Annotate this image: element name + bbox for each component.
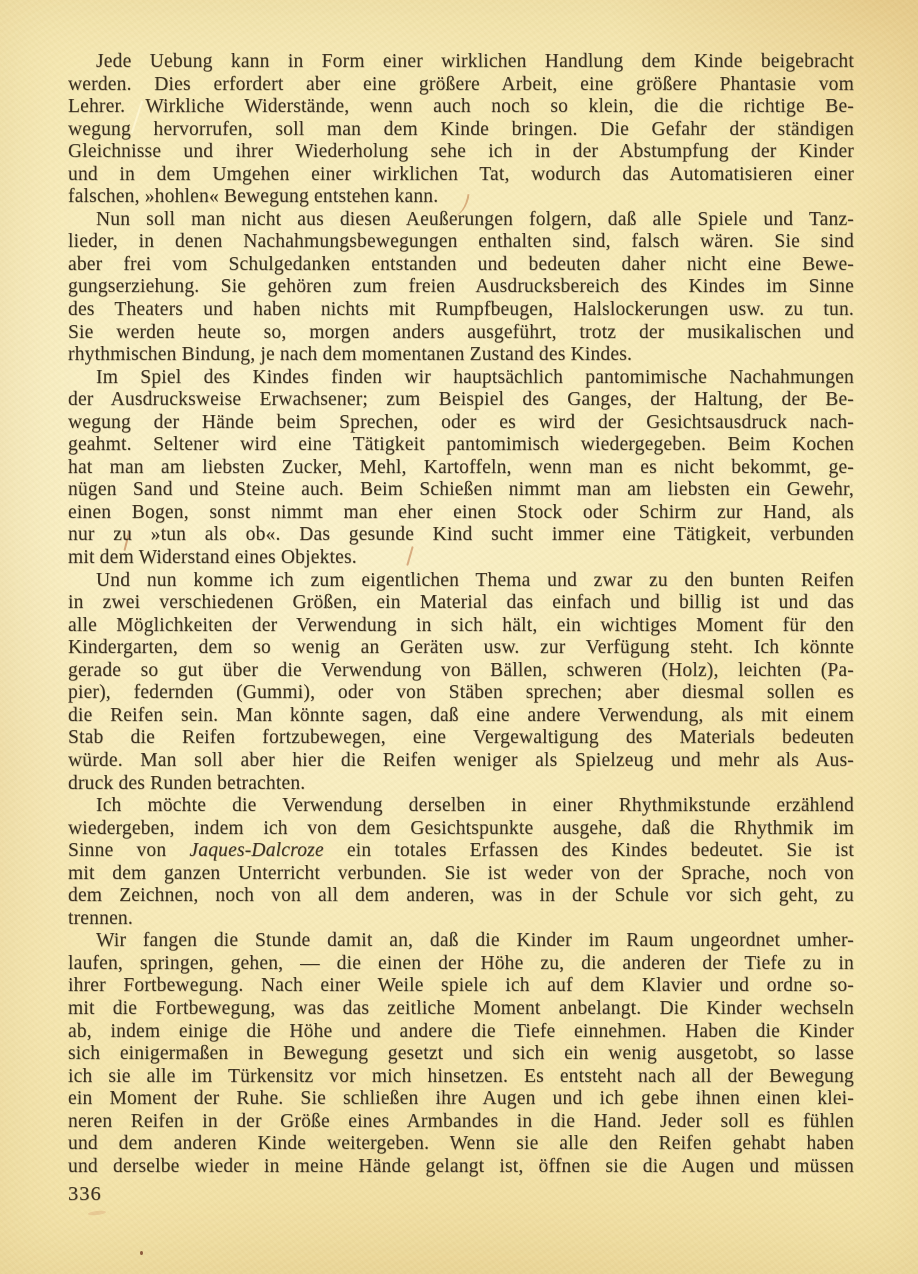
text-line: des Theaters und haben nichts mit Rumpfb… — [68, 299, 854, 322]
text-line: hat man am liebsten Zucker, Mehl, Kartof… — [68, 457, 854, 480]
text-line: Stab die Reifen fortzubewegen, eine Verg… — [68, 727, 854, 750]
scanned-page: Jede Uebung kann in Form einer wirkliche… — [0, 0, 918, 1274]
text-line: Wir fangen die Stunde damit an, daß die … — [68, 930, 854, 953]
text-line: rhythmischen Bindung, je nach dem moment… — [68, 344, 854, 367]
text-line: dem Zeichnen, noch von all dem anderen, … — [68, 885, 854, 908]
text-line: alle Möglichkeiten der Verwendung in sic… — [68, 615, 854, 638]
text-line: ich sie alle im Türkensitz vor mich hins… — [68, 1066, 854, 1089]
paragraph: Wir fangen die Stunde damit an, daß die … — [68, 930, 854, 1178]
text-line: Jede Uebung kann in Form einer wirkliche… — [68, 51, 854, 74]
text-line: wegung hervorrufen, soll man dem Kinde b… — [68, 119, 854, 142]
text-line: laufen, springen, gehen, — die einen der… — [68, 953, 854, 976]
text-line: ihrer Fortbewegung. Nach einer Weile spi… — [68, 975, 854, 998]
text-line: werden. Dies erfordert aber eine größere… — [68, 74, 854, 97]
text-line: Lehrer. Wirkliche Widerstände, wenn auch… — [68, 96, 854, 119]
text-line: trennen. — [68, 908, 854, 931]
paragraph: Jede Uebung kann in Form einer wirkliche… — [68, 51, 854, 209]
text-line: der Ausdrucksweise Erwachsener; zum Beis… — [68, 389, 854, 412]
text-line: Und nun komme ich zum eigentlichen Thema… — [68, 570, 854, 593]
text-line: nur zu »tun als ob«. Das gesunde Kind su… — [68, 524, 854, 547]
paragraph: Und nun komme ich zum eigentlichen Thema… — [68, 570, 854, 795]
text-line: Kindergarten, dem so wenig an Geräten us… — [68, 637, 854, 660]
text-line: aber frei vom Schulgedanken entstanden u… — [68, 254, 854, 277]
text-line: mit die Fortbewegung, was das zeitliche … — [68, 998, 854, 1021]
text-line: pier), federnden (Gummi), oder von Stäbe… — [68, 682, 854, 705]
text-line: falschen, »hohlen« Bewegung entstehen ka… — [68, 186, 854, 209]
text-line: ein Moment der Ruhe. Sie schließen ihre … — [68, 1088, 854, 1111]
text-line: Sie werden heute so, morgen anders ausge… — [68, 322, 854, 345]
ink-smudge — [88, 1210, 106, 1216]
text-line: einen Bogen, sonst nimmt man eher einen … — [68, 502, 854, 525]
text-line: neren Reifen in der Größe eines Armbande… — [68, 1111, 854, 1134]
text-line: gungserziehung. Sie gehören zum freien A… — [68, 276, 854, 299]
text-line: wegung der Hände beim Sprechen, oder es … — [68, 412, 854, 435]
text-line: und dem anderen Kinde weitergeben. Wenn … — [68, 1133, 854, 1156]
text-line: die Reifen sein. Man könnte sagen, daß e… — [68, 705, 854, 728]
text-line: mit dem Widerstand eines Objektes. — [68, 547, 854, 570]
text-line: nügen Sand und Steine auch. Beim Schieße… — [68, 479, 854, 502]
text-line: und in dem Umgehen einer wirklichen Tat,… — [68, 164, 854, 187]
text-line: mit dem ganzen Unterricht verbunden. Sie… — [68, 863, 854, 886]
text-line: Gleichnisse und ihrer Wiederholung sehe … — [68, 141, 854, 164]
text-line: Nun soll man nicht aus diesen Aeußerunge… — [68, 209, 854, 232]
text-line: Sinne von Jaques-Dalcroze ein totales Er… — [68, 840, 854, 863]
text-line: in zwei verschiedenen Größen, ein Materi… — [68, 592, 854, 615]
text-line: würde. Man soll aber hier die Reifen wen… — [68, 750, 854, 773]
paragraph: Ich möchte die Verwendung derselben in e… — [68, 795, 854, 930]
text-line: wiedergeben, indem ich von dem Gesichtsp… — [68, 818, 854, 841]
page-text: Jede Uebung kann in Form einer wirkliche… — [68, 51, 854, 1178]
text-line: Ich möchte die Verwendung derselben in e… — [68, 795, 854, 818]
text-line: sich einigermaßen in Bewegung gesetzt un… — [68, 1043, 854, 1066]
text-line: geahmt. Seltener wird eine Tätigkeit pan… — [68, 434, 854, 457]
paragraph: Im Spiel des Kindes finden wir hauptsäch… — [68, 367, 854, 570]
text-line: ab, indem einige die Höhe und andere die… — [68, 1021, 854, 1044]
text-line: und derselbe wieder in meine Hände gelan… — [68, 1156, 854, 1179]
text-line: gerade so gut über die Verwendung von Bä… — [68, 660, 854, 683]
paragraph: Nun soll man nicht aus diesen Aeußerunge… — [68, 209, 854, 367]
page-number: 336 — [68, 1183, 102, 1206]
ink-dot — [140, 1251, 143, 1255]
text-line: druck des Runden betrachten. — [68, 773, 854, 796]
text-line: lieder, in denen Nachahmungsbewegungen e… — [68, 231, 854, 254]
text-line: Im Spiel des Kindes finden wir hauptsäch… — [68, 367, 854, 390]
